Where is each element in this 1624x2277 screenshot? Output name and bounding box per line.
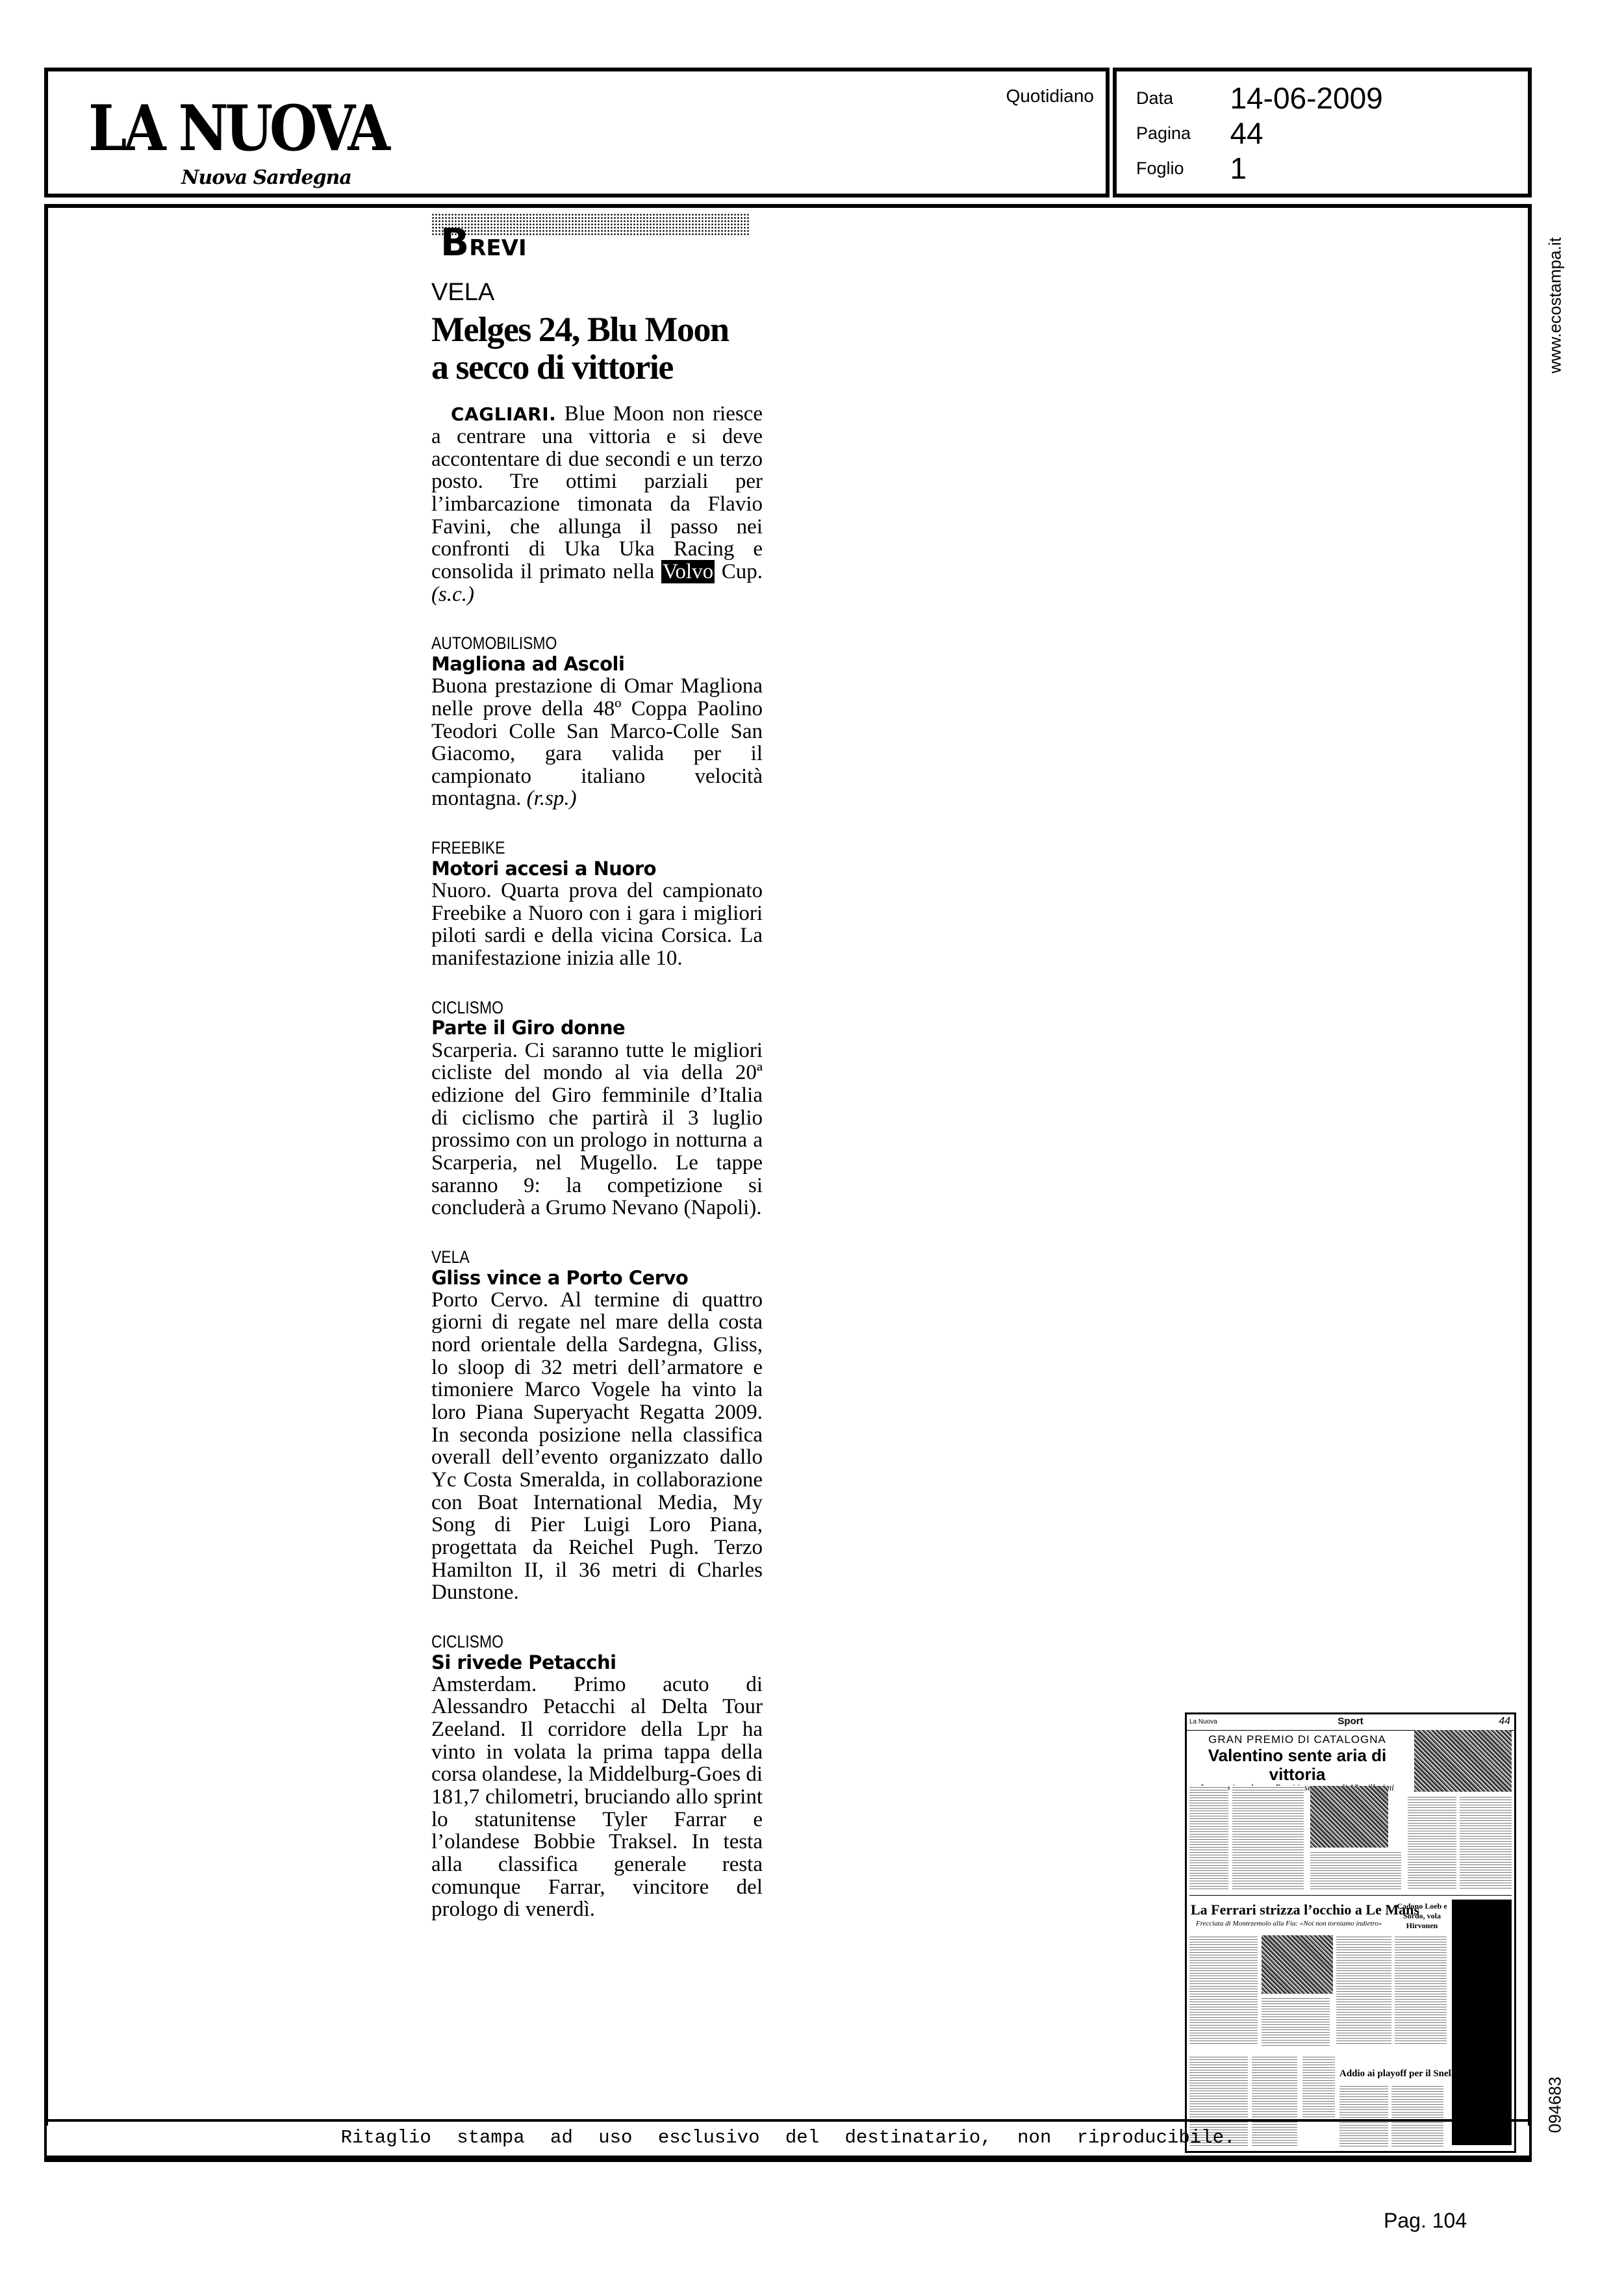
side-code-text: 094683 bbox=[1545, 2077, 1566, 2133]
newspaper-logo-subtitle: Nuova Sardegna bbox=[181, 166, 351, 189]
side-url-text: www.ecostampa.it bbox=[1545, 237, 1566, 374]
thumbnail-text-block bbox=[1395, 1935, 1447, 2046]
thumbnail-text-block bbox=[1460, 1796, 1512, 1890]
thumbnail-page-number: 44 bbox=[1499, 1716, 1510, 1727]
news-item: VELA Gliss vince a Porto Cervo Porto Cer… bbox=[431, 1248, 763, 1604]
lead-headline: Melges 24, Blu Moon a secco di vittorie bbox=[431, 311, 763, 387]
thumbnail-text-block bbox=[1336, 1935, 1391, 2046]
lead-headline-line2: a secco di vittorie bbox=[431, 348, 763, 386]
publication-type: Quotidiano bbox=[1006, 86, 1094, 107]
thumbnail-bottom-title: Addio ai playoff per il Snelli bbox=[1339, 2068, 1456, 2080]
newspaper-logo: LA NUOVA bbox=[88, 97, 387, 160]
section-title-initial: B bbox=[440, 220, 469, 264]
metadata-box: Data 14-06-2009 Pagina 44 Foglio 1 bbox=[1113, 68, 1532, 197]
item-body: Buona prestazione di Omar Magliona nelle… bbox=[431, 675, 763, 810]
item-title: Magliona ad Ascoli bbox=[431, 654, 763, 675]
thumbnail-kicker: GRAN PREMIO DI CATALOGNA bbox=[1187, 1733, 1408, 1746]
item-title: Parte il Giro donne bbox=[431, 1017, 763, 1039]
lead-headline-line1: Melges 24, Blu Moon bbox=[431, 311, 763, 348]
item-title: Gliss vince a Porto Cervo bbox=[431, 1267, 763, 1289]
thumbnail-second-subtitle: Frecciata di Montezemolo alla Fia: «Noi … bbox=[1196, 1920, 1382, 1927]
thumbnail-text-block bbox=[1262, 1997, 1330, 2046]
meta-page-label: Pagina bbox=[1136, 123, 1227, 144]
news-item: FREEBIKE Motori accesi a Nuoro Nuoro. Qu… bbox=[431, 839, 763, 970]
thumbnail-text-block bbox=[1189, 1786, 1228, 1890]
meta-date-label: Data bbox=[1136, 88, 1227, 108]
side-url: www.ecostampa.it bbox=[1536, 221, 1575, 390]
page-thumbnail: La Nuova Sport 44 GRAN PREMIO DI CATALOG… bbox=[1185, 1712, 1516, 2153]
thumbnail-text-block bbox=[1408, 1796, 1456, 1890]
news-item: CICLISMO Parte il Giro donne Scarperia. … bbox=[431, 999, 763, 1219]
thumbnail-top-story: GRAN PREMIO DI CATALOGNA Valentino sente… bbox=[1187, 1733, 1408, 1794]
thumbnail-text-block bbox=[1189, 1935, 1258, 2046]
item-kicker: CICLISMO bbox=[431, 1633, 713, 1652]
item-kicker: CICLISMO bbox=[431, 999, 713, 1018]
item-kicker: FREEBIKE bbox=[431, 839, 713, 858]
highlighted-keyword: Volvo bbox=[661, 560, 715, 583]
thumbnail-section: Sport bbox=[1187, 1716, 1514, 1727]
item-body-text: Buona prestazione di Omar Magliona nelle… bbox=[431, 674, 763, 810]
thumbnail-divider bbox=[1189, 1895, 1512, 1896]
lead-signature: (s.c.) bbox=[431, 583, 474, 606]
thumbnail-brevi-column bbox=[1452, 1900, 1512, 2145]
news-item: CICLISMO Si rivede Petacchi Amsterdam. P… bbox=[431, 1633, 763, 1921]
thumbnail-side-title: Cadono Loeb e Sordo, vola Hirvonen bbox=[1396, 1902, 1448, 1931]
footer-notice-band: Ritaglio stampa ad uso esclusivo del des… bbox=[44, 2119, 1532, 2162]
meta-sheet-row: Foglio 1 bbox=[1136, 151, 1247, 186]
item-body: Nuoro. Quarta prova del campionato Freeb… bbox=[431, 880, 763, 970]
side-code: 094683 bbox=[1536, 2076, 1575, 2134]
lead-dateline: CAGLIARI. bbox=[451, 403, 556, 425]
thumbnail-title: Valentino sente aria di vittoria bbox=[1187, 1746, 1408, 1783]
lead-body-tail: Cup. bbox=[715, 560, 763, 583]
item-title: Si rivede Petacchi bbox=[431, 1652, 763, 1673]
meta-date-row: Data 14-06-2009 bbox=[1136, 81, 1383, 116]
meta-sheet-label: Foglio bbox=[1136, 159, 1227, 179]
item-kicker: AUTOMOBILISMO bbox=[431, 634, 713, 654]
thumbnail-photo bbox=[1262, 1935, 1333, 1994]
section-title-rest: REVI bbox=[469, 235, 526, 261]
masthead-box: LA NUOVA Nuova Sardegna Quotidiano bbox=[44, 68, 1110, 197]
item-title: Motori accesi a Nuoro bbox=[431, 858, 763, 880]
lead-body: CAGLIARI. Blue Moon non riesce a centrar… bbox=[431, 403, 763, 605]
meta-page-row: Pagina 44 bbox=[1136, 116, 1263, 151]
thumbnail-text-block bbox=[1302, 2055, 1335, 2120]
thumbnail-photo bbox=[1414, 1730, 1512, 1792]
lead-body-text: Blue Moon non riesce a centrare una vitt… bbox=[431, 402, 763, 583]
thumbnail-header: La Nuova Sport 44 bbox=[1187, 1714, 1514, 1731]
thumbnail-text-block bbox=[1232, 1786, 1304, 1890]
brevi-column: BREVI VELA Melges 24, Blu Moon a secco d… bbox=[431, 213, 763, 1921]
news-item: AUTOMOBILISMO Magliona ad Ascoli Buona p… bbox=[431, 634, 763, 810]
copyright-notice: Ritaglio stampa ad uso esclusivo del des… bbox=[47, 2127, 1529, 2148]
thumbnail-photo bbox=[1310, 1786, 1388, 1848]
thumbnail-text-block bbox=[1310, 1851, 1401, 1890]
meta-sheet-value: 1 bbox=[1230, 151, 1247, 185]
lead-kicker: VELA bbox=[431, 279, 763, 307]
item-body: Porto Cervo. Al termine di quattro giorn… bbox=[431, 1289, 763, 1604]
page-number: Pag. 104 bbox=[1384, 2209, 1467, 2233]
item-body: Amsterdam. Primo acuto di Alessandro Pet… bbox=[431, 1673, 763, 1921]
item-body: Scarperia. Ci saranno tutte le migliori … bbox=[431, 1039, 763, 1219]
section-title: BREVI bbox=[440, 223, 763, 261]
meta-page-value: 44 bbox=[1230, 116, 1263, 150]
item-kicker: VELA bbox=[431, 1248, 713, 1267]
meta-date-value: 14-06-2009 bbox=[1230, 81, 1382, 115]
thumbnail-second-title: La Ferrari strizza l’occhio a Le Mans bbox=[1191, 1902, 1419, 1918]
item-signature: (r.sp.) bbox=[527, 787, 577, 810]
